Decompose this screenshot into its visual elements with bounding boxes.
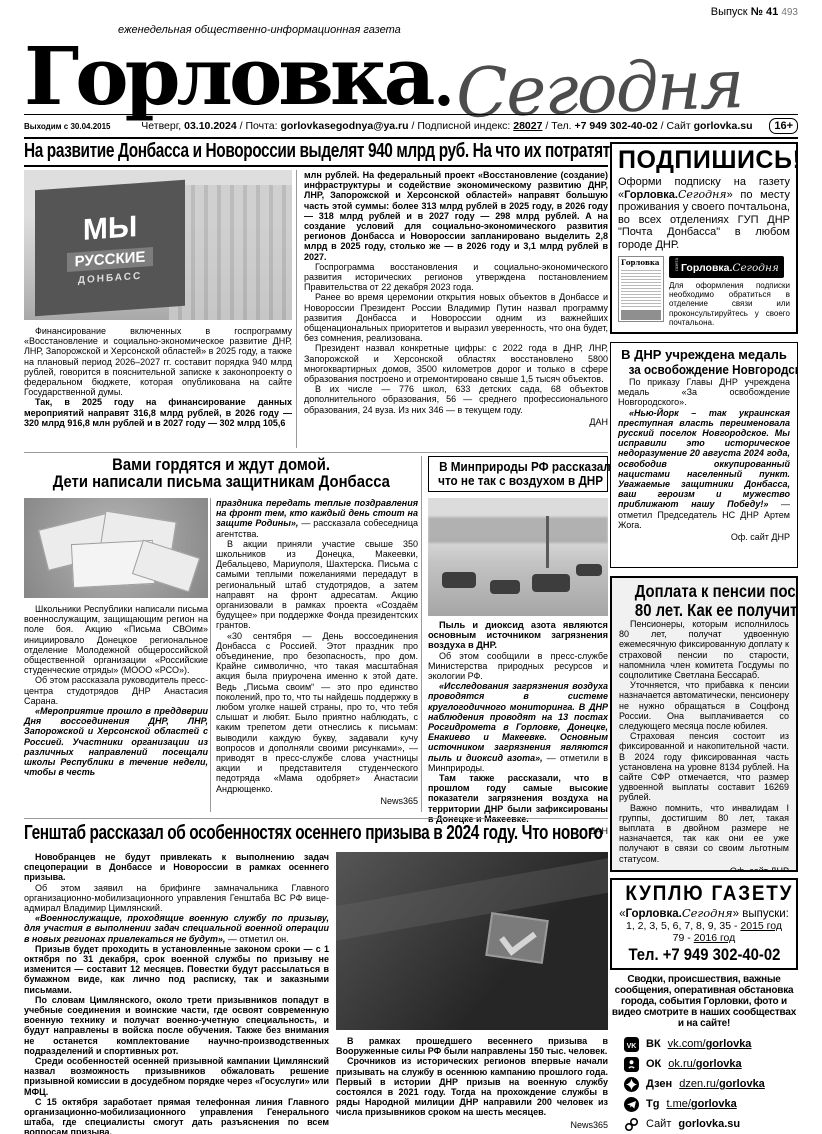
column-divider: [421, 456, 422, 812]
social-link-site[interactable]: Сайт gorlovka.su: [624, 1115, 798, 1133]
social-link-vk[interactable]: VK ВК vk.com/gorlovka: [624, 1035, 798, 1053]
svg-text:VK: VK: [627, 1042, 637, 1049]
paragraph: Президент назвал конкретные цифры: с 202…: [304, 343, 608, 384]
paragraph: «Исследования загрязнения воздуха провод…: [428, 681, 608, 773]
subscribe-title: ПОДПИШИСЬ!: [618, 147, 790, 174]
byline: ДАН: [304, 417, 608, 427]
buy-ad-issues-2015: 1, 2, 3, 5, 6, 7, 8, 9, 35 - 2015 год: [616, 920, 792, 932]
funding-article-left-column: Финансирование включенных в госпрограмму…: [24, 326, 292, 428]
social-intro: Сводки, происшествия, важные сообщения, …: [610, 974, 798, 1029]
paragraph: Срочников из исторических регионов вперв…: [336, 1056, 608, 1117]
paragraph: «30 сентября — День воссоединения Донбас…: [216, 631, 418, 794]
mail-label: / Почта:: [237, 120, 281, 132]
paragraph: Там также рассказали, что в прошлом году…: [428, 773, 608, 824]
air-article-text: Пыль и диоксид азота являются основным и…: [428, 620, 608, 836]
issue-no: № 41: [751, 6, 779, 18]
building-facade: [169, 185, 292, 320]
mural-banner: МЫ РУССКИЕ ДОНБАСС: [35, 180, 185, 316]
tel-label: / Тел.: [542, 120, 574, 132]
street-smog-photo: [428, 498, 608, 616]
paragraph: Госпрограмма восстановления и социально-…: [304, 262, 608, 293]
paragraph: «Нью-Йорк – так украинская преступная вл…: [618, 408, 790, 530]
skyline: [428, 517, 608, 543]
brand-script: Сегодня: [678, 188, 727, 201]
subscribe-body: Оформи подписку на газету «Горловка.Сего…: [618, 176, 790, 252]
soldiers-photo: [336, 852, 608, 1030]
social-link-dzen[interactable]: Дзен dzen.ru/gorlovka: [624, 1075, 798, 1093]
brand-name: Горловка.: [624, 189, 678, 201]
medal-title: В ДНР учреждена медаль за освобождение Н…: [618, 348, 790, 377]
mural-photo: МЫ РУССКИЕ ДОНБАСС: [24, 170, 292, 320]
paragraph: Страховая пенсия состоит из фиксированно…: [619, 731, 789, 802]
byline: Оф. сайт ДНР: [618, 532, 790, 542]
buy-ad-box: КУПЛЮ ГАЗЕТУ «Горловка.Сегодня» выпуски:…: [610, 878, 798, 970]
issue-label: Выпуск: [711, 6, 748, 18]
conscription-caption-column: В рамках прошедшего весеннего призыва в …: [336, 1036, 608, 1130]
paragraph: В акции приняли участие свыше 350 школьн…: [216, 539, 418, 631]
byline: News365: [216, 796, 418, 806]
main-headline: На развитие Донбасса и Новороссии выделя…: [24, 140, 608, 167]
telegram-icon: [624, 1097, 639, 1112]
mural-line: РУССКИЕ: [66, 247, 153, 272]
email-link[interactable]: gorlovkasegodnya@ya.ru: [280, 120, 408, 132]
social-block: Сводки, происшествия, важные сообщения, …: [610, 974, 798, 1134]
pension-box: Доплата к пенсии после 80 лет. Как ее по…: [610, 576, 798, 872]
paragraph: В рамках прошедшего весеннего призыва в …: [336, 1036, 608, 1056]
index-label: / Подписной индекс:: [409, 120, 514, 132]
dateline-strip: Выходим с 30.04.2015 Четверг, 03.10.2024…: [24, 114, 798, 139]
site-label: / Сайт: [658, 120, 694, 132]
brand-badge: газетаГорловка.Сегодня: [669, 256, 784, 278]
traffic-pole: [546, 516, 549, 568]
car: [576, 564, 602, 576]
newspaper-front-page: Выпуск № 41 493 еженедельная общественно…: [0, 0, 822, 1134]
byline: Оф. сайт ДНР: [619, 866, 789, 872]
paragraph: «Военнослужащие, проходящие военную служ…: [24, 913, 329, 944]
paragraph: По словам Цимлянского, около трети призы…: [24, 995, 329, 1056]
paragraph: млн рублей. На федеральный проект «Восст…: [304, 170, 608, 262]
pension-title: Доплата к пенсии после 80 лет. Как ее по…: [619, 582, 789, 619]
newspaper-thumbnail: Горловка: [618, 256, 664, 322]
conscription-headline: Генштаб рассказал об особенностях осенне…: [24, 822, 608, 846]
link-icon: [624, 1117, 639, 1132]
subscription-index: 28027: [513, 120, 542, 132]
subscribe-box: ПОДПИШИСЬ! Оформи подписку на газету «Го…: [610, 142, 798, 334]
conscription-left-column: Новобранцев не будут привлекать к выполн…: [24, 852, 329, 1134]
paragraph: Уточняется, что прибавка к пенсии назнач…: [619, 680, 789, 731]
thumbnail-photo-block: [621, 310, 661, 320]
lead-paragraph: Пыль и диоксид азота являются основным и…: [428, 620, 608, 651]
buy-ad-phone: Тел. +7 949 302-40-02: [616, 946, 792, 965]
buy-ad-title: КУПЛЮ ГАЗЕТУ: [616, 883, 792, 905]
published-since: Выходим с 30.04.2015: [24, 122, 111, 131]
funding-article-mid-column: млн рублей. На федеральный проект «Восст…: [304, 170, 608, 427]
air-article-headline: В Минприроды РФ рассказали, что не так с…: [428, 456, 608, 492]
medal-news-box: В ДНР учреждена медаль за освобождение Н…: [610, 342, 798, 568]
paragraph: Новобранцев не будут привлекать к выполн…: [24, 852, 329, 883]
dateline-text: Четверг, 03.10.2024 / Почта: gorlovkaseg…: [125, 120, 770, 132]
paragraph: Среди особенностей осенней призывной кам…: [24, 1056, 329, 1097]
paragraph: Важно помнить, что инвалидам I группы, д…: [619, 803, 789, 864]
car: [490, 580, 520, 594]
paragraph: праздника передать теплые поздравления н…: [216, 498, 418, 539]
paragraph: С 15 октября заработает прямая телефонна…: [24, 1097, 329, 1134]
paragraph: Пенсионеры, которым исполнилось 80 лет, …: [619, 619, 789, 680]
section-separator: [24, 818, 608, 819]
site-link[interactable]: gorlovka.su: [694, 120, 753, 132]
phone-number: +7 949 302-40-02: [574, 120, 657, 132]
section-separator: [24, 452, 608, 453]
issue-date: 03.10.2024: [184, 120, 237, 132]
mural-line: МЫ: [83, 210, 137, 248]
letters-right-column: праздника передать теплые поздравления н…: [216, 498, 418, 806]
paragraph: Ранее во время церемонии открытия новых …: [304, 292, 608, 343]
uniform-patch: [486, 912, 550, 964]
paragraph: В их числе — 776 школ, 633 детских сада,…: [304, 384, 608, 415]
column-divider: [296, 170, 297, 448]
ok-icon: [624, 1057, 639, 1072]
paragraph: Финансирование включенных в госпрограмму…: [24, 326, 292, 397]
paragraph: «Мероприятие прошло в преддверии Дня вос…: [24, 706, 208, 777]
dzen-icon: [624, 1077, 639, 1092]
weekday: Четверг,: [141, 120, 181, 132]
paragraph: По приказу Главы ДНР учреждена медаль «З…: [618, 377, 790, 408]
vk-icon: VK: [624, 1037, 639, 1052]
letters-headline: Вами гордятся и ждут домой. Дети написал…: [24, 457, 418, 491]
paragraph: Так, в 2025 году на финансирование данны…: [24, 397, 292, 428]
buy-ad-issues-2016: 79 - 2016 год: [616, 932, 792, 944]
masthead-title-dot: .: [434, 58, 455, 112]
byline: News365: [336, 1120, 608, 1130]
column-divider: [210, 498, 211, 812]
paragraph: Об этом сообщили в пресс-службе Министер…: [428, 651, 608, 682]
social-list: VK ВК vk.com/gorlovka ОК ok.ru/gorlovka …: [610, 1035, 798, 1133]
buy-ad-brand-line: «Горловка.Сегодня» выпуски:: [616, 906, 792, 920]
car: [442, 572, 476, 588]
social-link-telegram[interactable]: Tg t.me/gorlovka: [624, 1095, 798, 1113]
paragraph: Школьники Республики написали письма вое…: [24, 604, 208, 675]
paragraph: Об этом заявил на брифинге замначальника…: [24, 883, 329, 914]
paragraph: Об этом рассказала руководитель пресс-це…: [24, 675, 208, 706]
car: [532, 574, 570, 592]
uniform-highlight: [336, 852, 608, 943]
issue-counter: 493: [781, 7, 798, 18]
chevron: [500, 921, 538, 956]
thumbnail-text-lines: [621, 268, 661, 308]
social-link-ok[interactable]: ОК ok.ru/gorlovka: [624, 1055, 798, 1073]
subscribe-note: Для оформления подписки необходимо обрат…: [669, 281, 790, 328]
age-rating-badge: 16+: [769, 118, 798, 134]
paragraph: Призыв будет проходить в установленные з…: [24, 944, 329, 995]
masthead: Горловка . Сегодня: [24, 32, 798, 112]
letters-photo: [24, 498, 208, 598]
masthead-title-main: Горловка: [24, 40, 432, 112]
issue-number: Выпуск № 41 493: [711, 6, 798, 18]
mural-line: ДОНБАСС: [78, 271, 142, 287]
subscription-index-line: Подписной индекс: 28027: [618, 332, 790, 334]
letters-left-column: Школьники Республики написали письма вое…: [24, 604, 208, 777]
